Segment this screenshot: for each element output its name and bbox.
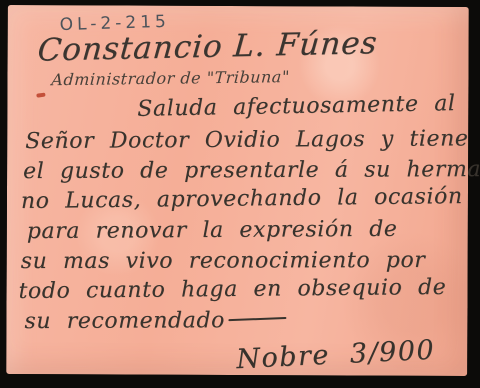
handwritten-text: su recomendado [24, 306, 225, 337]
scan-background: OL-2-215 Constancio L. Fúnes Administrad… [0, 0, 480, 388]
visiting-card: OL-2-215 Constancio L. Fúnes Administrad… [6, 5, 469, 376]
handwritten-line-7: todo cuanto haga en obsequio de [18, 273, 462, 307]
flourish-stroke [228, 317, 286, 321]
handwritten-line-4: no Lucas, aprovechando la ocasión [21, 182, 463, 217]
handwritten-line-5: para renovar la expresión de [27, 214, 463, 247]
handwritten-line-2: Señor Doctor Ovidio Lagos y tiene [25, 124, 463, 157]
handwritten-text: para renovar la expresión de [27, 215, 398, 247]
handwritten-text: no Lucas, aprovechando la ocasión [21, 182, 463, 217]
handwritten-note: Saluda afectuosamente al Señor Doctor Ov… [18, 97, 463, 339]
printed-name: Constancio L. Fúnes [36, 25, 379, 68]
handwritten-date: Nobre 3/900 [236, 335, 436, 376]
handwritten-text: Saluda afectuosamente al [137, 89, 456, 125]
printed-title: Administrador de "Tribuna" [51, 67, 290, 89]
handwritten-text: todo cuanto haga en obsequio de [18, 273, 446, 307]
handwritten-text: Señor Doctor Ovidio Lagos y tiene [25, 124, 469, 157]
handwritten-text: su mas vivo reconocimiento por [21, 246, 426, 277]
handwritten-line-8: su recomendado [24, 305, 462, 337]
handwritten-line-1: Saluda afectuosamente al [19, 89, 463, 127]
handwritten-line-6: su mas vivo reconocimiento por [21, 246, 463, 277]
